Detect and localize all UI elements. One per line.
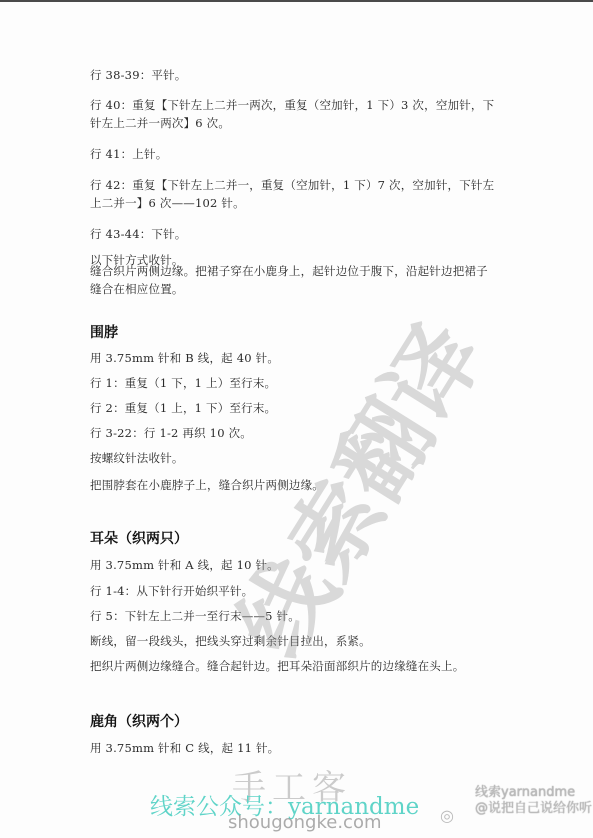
text-line: 缝合在相应位置。 — [90, 280, 184, 299]
text-line: 把织片两侧边缘缝合。缝合起针边。把耳朵沿面部织片的边缘缝在头上。 — [90, 657, 464, 676]
text-line: 断线，留一段线头，把线头穿过剩余针目拉出，系紧。 — [90, 632, 371, 651]
text-line: 行 43-44：下针。 — [90, 225, 187, 244]
text-line: 行 38-39：平针。 — [90, 66, 187, 85]
section-heading-scarf: 围脖 — [90, 322, 118, 342]
text-line: 行 1-4：从下针行开始织平针。 — [90, 582, 253, 601]
weibo-slogan: @说把自己说给你听 — [475, 801, 592, 817]
text-line: 行 1：重复（1 下，1 上）至行末。 — [90, 374, 276, 393]
watermark-weibo: 线索yarnandme @说把自己说给你听 — [475, 785, 592, 817]
text-line: 用 3.75mm 针和 B 线，起 40 针。 — [90, 349, 279, 368]
section-heading-antlers: 鹿角（织两个） — [90, 711, 188, 731]
text-line: 行 40：重复【下针左上二并一两次，重复（空加针，1 下）3 次，空加针，下 — [90, 96, 494, 115]
text-line: 行 2：重复（1 上，1 下）至行末。 — [90, 399, 276, 418]
document-page: 行 38-39：平针。 行 40：重复【下针左上二并一两次，重复（空加针，1 下… — [0, 0, 593, 838]
text-line: 上二并一】6 次——102 针。 — [90, 194, 245, 213]
weibo-icon: ◎ — [440, 806, 454, 825]
text-line: 按螺纹针法收针。 — [90, 449, 184, 468]
watermark-shougongke-url: shougongke.com — [228, 812, 382, 833]
text-line: 用 3.75mm 针和 A 线，起 10 针。 — [90, 556, 279, 575]
text-line: 行 5：下针左上二并一至行末——5 针。 — [90, 607, 300, 626]
section-heading-ears: 耳朵（织两只） — [90, 528, 188, 548]
text-line: 行 3-22：行 1-2 再织 10 次。 — [90, 424, 252, 443]
text-line: 用 3.75mm 针和 C 线，起 11 针。 — [90, 739, 279, 758]
text-line: 行 42：重复【下针左上二并一，重复（空加针，1 下）7 次，空加针，下针左 — [90, 176, 494, 195]
text-line: 行 41：上针。 — [90, 145, 167, 164]
text-line: 缝合织片两侧边缘。把裙子穿在小鹿身上，起针边位于腹下，沿起针边把裙子 — [90, 262, 488, 281]
text-line: 把围脖套在小鹿脖子上，缝合织片两侧边缘。 — [90, 476, 324, 495]
text-line: 针左上二并一两次】6 次。 — [90, 114, 230, 133]
weibo-name: 线索yarnandme — [475, 785, 592, 801]
